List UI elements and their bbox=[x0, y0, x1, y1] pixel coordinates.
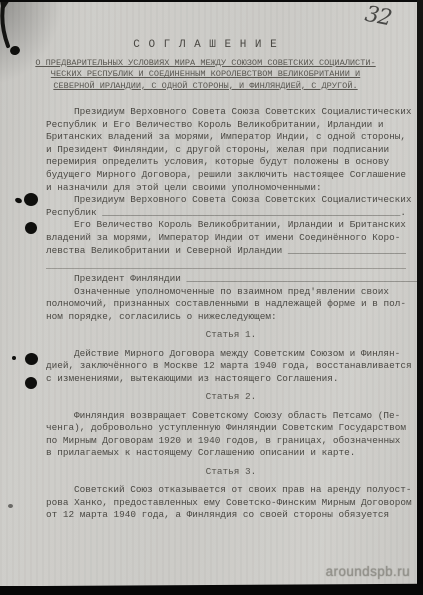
document-line: ном порядке, согласились о нижеследующем… bbox=[46, 311, 416, 324]
ink-blot bbox=[24, 193, 38, 206]
document-line: Республик и Его Величество Король Велико… bbox=[46, 119, 416, 132]
document-line: владений за морями, Император Индии от и… bbox=[46, 232, 416, 245]
article-heading: Статья 3. bbox=[46, 466, 416, 479]
document-line: и Президент Финляндии, с другой стороны,… bbox=[46, 144, 416, 157]
subtitle-line: ЧЕСКИХ РЕСПУБЛИК И СОЕДИНЕННЫМ КОРОЛЕВСТ… bbox=[0, 69, 411, 80]
scan-edge-right bbox=[417, 0, 423, 595]
document-line: в прилагаемых к настоящему Соглашению оп… bbox=[46, 447, 416, 460]
document-line: левства Великобритании и Северной Ирланд… bbox=[46, 245, 416, 258]
document-line: Президиум Верховного Совета Союза Советс… bbox=[46, 194, 416, 207]
document-subtitle: О ПРЕДВАРИТЕЛЬНЫХ УСЛОВИЯХ МИРА МЕЖДУ СО… bbox=[0, 58, 411, 92]
document-line: от 12 марта 1940 года, а Финляндия со св… bbox=[46, 509, 416, 522]
document-line: рова Ханко, предоставленных ему Советско… bbox=[46, 497, 416, 510]
ink-blot bbox=[25, 353, 38, 365]
article-heading: Статья 2. bbox=[46, 391, 416, 404]
document-line: Британских владений за морями, Император… bbox=[46, 131, 416, 144]
watermark: aroundspb.ru bbox=[326, 564, 410, 579]
scan-edge-top bbox=[0, 0, 423, 2]
document-line: перемирия определить условия, которые бу… bbox=[46, 156, 416, 169]
document-line: Республик ______________________________… bbox=[46, 207, 416, 220]
document-line: Советский Союз отказывается от своих пра… bbox=[46, 484, 416, 497]
scan-edge-bottom bbox=[0, 584, 423, 595]
subtitle-line: О ПРЕДВАРИТЕЛЬНЫХ УСЛОВИЯХ МИРА МЕЖДУ СО… bbox=[0, 58, 411, 69]
ink-blot bbox=[8, 504, 13, 508]
ink-blot bbox=[25, 377, 37, 389]
document-line: Президиум Верховного Совета Союза Советс… bbox=[46, 106, 416, 119]
document-line: Действие Мирного Договора между Советски… bbox=[46, 348, 416, 361]
subtitle-line: СЕВЕРНОЙ ИРЛАНДИИ, С ОДНОЙ СТОРОНЫ, И ФИ… bbox=[0, 81, 411, 92]
document-line: Означенные уполномоченные по взаимном пр… bbox=[46, 286, 416, 299]
document-line: с изменениями, вытекающими из настоящего… bbox=[46, 373, 416, 386]
handwritten-page-number: 32 bbox=[363, 2, 393, 32]
scanned-document-page: { "colors": { "paper": "#cbcac6", "ink":… bbox=[0, 0, 423, 595]
document-line: ченга), добровольно уступленную Финлянди… bbox=[46, 422, 416, 435]
document-line: по Мирным Договорам 1920 и 1940 годов, в… bbox=[46, 435, 416, 448]
document-line: ________________________________________… bbox=[46, 260, 416, 273]
ink-blot bbox=[12, 356, 16, 360]
article-heading: Статья 1. bbox=[46, 329, 416, 342]
document-line: будущего Мирного Договора, решили заключ… bbox=[46, 169, 416, 182]
ink-blot bbox=[25, 222, 37, 234]
document-line: Финляндия возвращает Советскому Союзу об… bbox=[46, 410, 416, 423]
document-line: полномочий, признанных составленными в н… bbox=[46, 298, 416, 311]
document-title: С О Г Л А Ш Е Н И Е bbox=[0, 39, 411, 51]
paper-sheet: 32 С О Г Л А Ш Е Н И Е О ПРЕДВАРИТЕЛЬНЫХ… bbox=[0, 2, 417, 586]
document-line: Его Величество Король Великобритании, Ир… bbox=[46, 219, 416, 232]
document-line: и назначили для этой цели своими уполном… bbox=[46, 182, 416, 195]
document-body: Президиум Верховного Совета Союза Советс… bbox=[46, 106, 416, 522]
document-line: дией, заключённого в Москве 12 марта 194… bbox=[46, 360, 416, 373]
document-line: Президент Финляндии ____________________… bbox=[46, 273, 416, 286]
